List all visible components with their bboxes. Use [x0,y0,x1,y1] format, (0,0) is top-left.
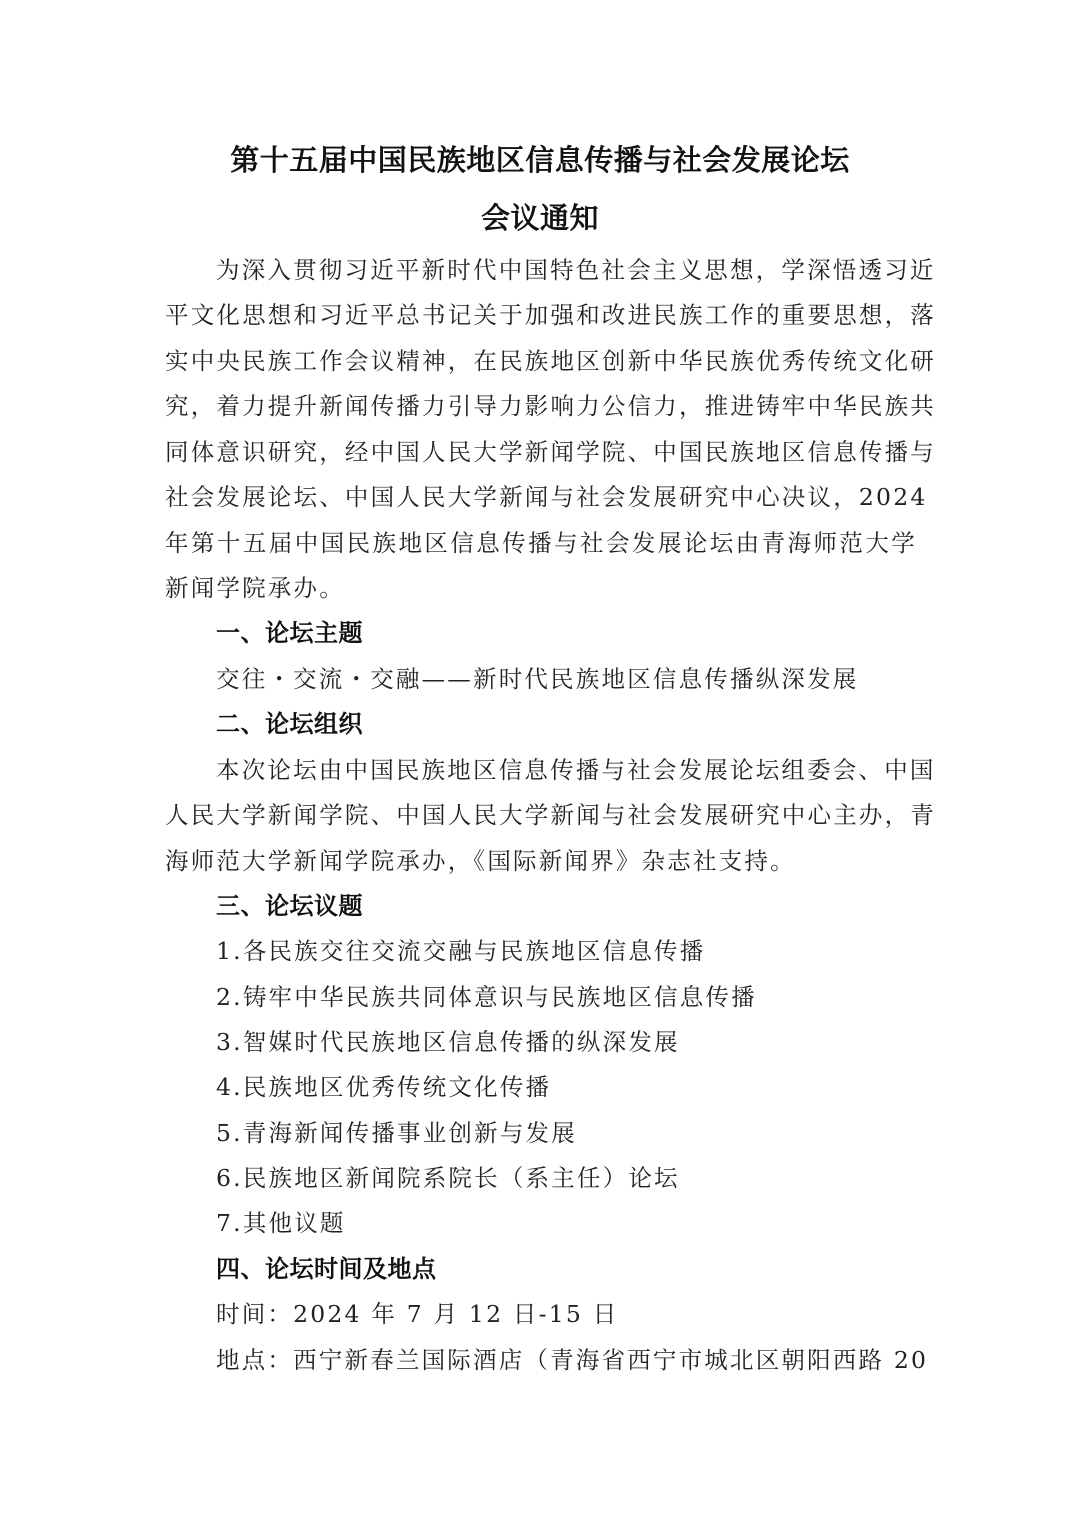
intro-line: 究，着力提升新闻传播力引导力影响力公信力，推进铸牢中华民族共 [165,391,917,421]
intro-line: 同体意识研究，经中国人民大学新闻学院、中国民族地区信息传播与 [165,437,917,467]
intro-line: 为深入贯彻习近平新时代中国特色社会主义思想，学深悟透习近 [216,255,916,285]
section-heading-organization: 二、论坛组织 [216,709,363,739]
intro-line: 年第十五届中国民族地区信息传播与社会发展论坛由青海师范大学 [165,528,917,558]
topic-item: 5.青海新闻传播事业创新与发展 [216,1118,916,1148]
topic-item: 1.各民族交往交流交融与民族地区信息传播 [216,936,916,966]
forum-time: 时间：2024 年 7 月 12 日-15 日 [216,1299,916,1329]
forum-location: 地点：西宁新春兰国际酒店（青海省西宁市城北区朝阳西路 20 [216,1345,916,1375]
organization-line: 海师范大学新闻学院承办，《国际新闻界》杂志社支持。 [165,846,917,876]
organization-line: 本次论坛由中国民族地区信息传播与社会发展论坛组委会、中国 [216,755,916,785]
document-page: 第十五届中国民族地区信息传播与社会发展论坛 会议通知 为深入贯彻习近平新时代中国… [0,0,1080,1522]
topic-item: 2.铸牢中华民族共同体意识与民族地区信息传播 [216,982,916,1012]
intro-line: 社会发展论坛、中国人民大学新闻与社会发展研究中心决议，2024 [165,482,917,512]
topic-item: 3.智媒时代民族地区信息传播的纵深发展 [216,1027,916,1057]
document-subtitle: 会议通知 [0,196,1080,237]
section-heading-topics: 三、论坛议题 [216,891,363,921]
section-heading-time-location: 四、论坛时间及地点 [216,1254,437,1284]
intro-line: 平文化思想和习近平总书记关于加强和改进民族工作的重要思想，落 [165,300,917,330]
intro-line: 实中央民族工作会议精神，在民族地区创新中华民族优秀传统文化研 [165,346,917,376]
topic-item: 4.民族地区优秀传统文化传播 [216,1072,916,1102]
intro-line: 新闻学院承办。 [165,573,917,603]
forum-theme: 交往・交流・交融——新时代民族地区信息传播纵深发展 [216,664,916,694]
topic-item: 6.民族地区新闻院系院长（系主任）论坛 [216,1163,916,1193]
document-title: 第十五届中国民族地区信息传播与社会发展论坛 [0,138,1080,179]
section-heading-theme: 一、论坛主题 [216,618,363,648]
topic-item: 7.其他议题 [216,1208,916,1238]
organization-line: 人民大学新闻学院、中国人民大学新闻与社会发展研究中心主办，青 [165,800,917,830]
